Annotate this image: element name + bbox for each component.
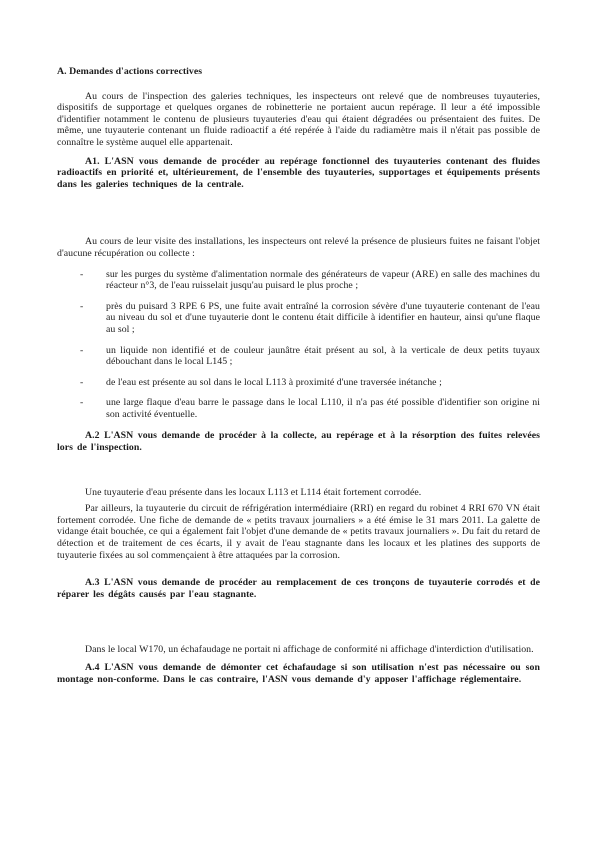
corrosion-paragraph-1: Une tuyauterie d'eau présente dans les l… [57,487,540,499]
corrosion-paragraph-2: Par ailleurs, la tuyauterie du circuit d… [57,503,540,561]
list-item: - un liquide non identifié et de couleur… [57,345,540,368]
list-item: - près du puisard 3 RPE 6 PS, une fuite … [57,301,540,336]
bullet-dash-icon: - [80,377,83,389]
bullet-dash-icon: - [80,397,83,409]
list-item: - sur les purges du système d'alimentati… [57,269,540,292]
bullet-dash-icon: - [80,345,83,357]
document-page: A. Demandes d'actions correctives Au cou… [0,0,596,844]
document-body: A. Demandes d'actions correctives Au cou… [57,66,540,685]
list-item: - de l'eau est présente au sol dans le l… [57,377,540,389]
asn-request-a3: A.3 L'ASN vous demande de procéder au re… [57,577,540,600]
section-heading: A. Demandes d'actions correctives [57,66,540,78]
scaffolding-paragraph: Dans le local W170, un échafaudage ne po… [57,644,540,656]
list-item-text: un liquide non identifié et de couleur j… [106,345,540,368]
list-item: - une large flaque d'eau barre le passag… [57,397,540,420]
asn-request-a2: A.2 L'ASN vous demande de procéder à la … [57,430,540,453]
list-item-text: près du puisard 3 RPE 6 PS, une fuite av… [106,301,540,335]
bullet-dash-icon: - [80,301,83,313]
list-item-text: une large flaque d'eau barre le passage … [106,397,540,420]
bullet-dash-icon: - [80,269,83,281]
intro-paragraph: Au cours de l'inspection des galeries te… [57,91,540,149]
list-item-text: sur les purges du système d'alimentation… [106,269,540,292]
asn-request-a1: A1. L'ASN vous demande de procéder au re… [57,156,540,191]
leak-list: - sur les purges du système d'alimentati… [57,269,540,421]
leaks-intro-paragraph: Au cours de leur visite des installation… [57,236,540,259]
asn-request-a4: A.4 L'ASN vous demande de démonter cet é… [57,662,540,685]
list-item-text: de l'eau est présente au sol dans le loc… [106,377,442,388]
